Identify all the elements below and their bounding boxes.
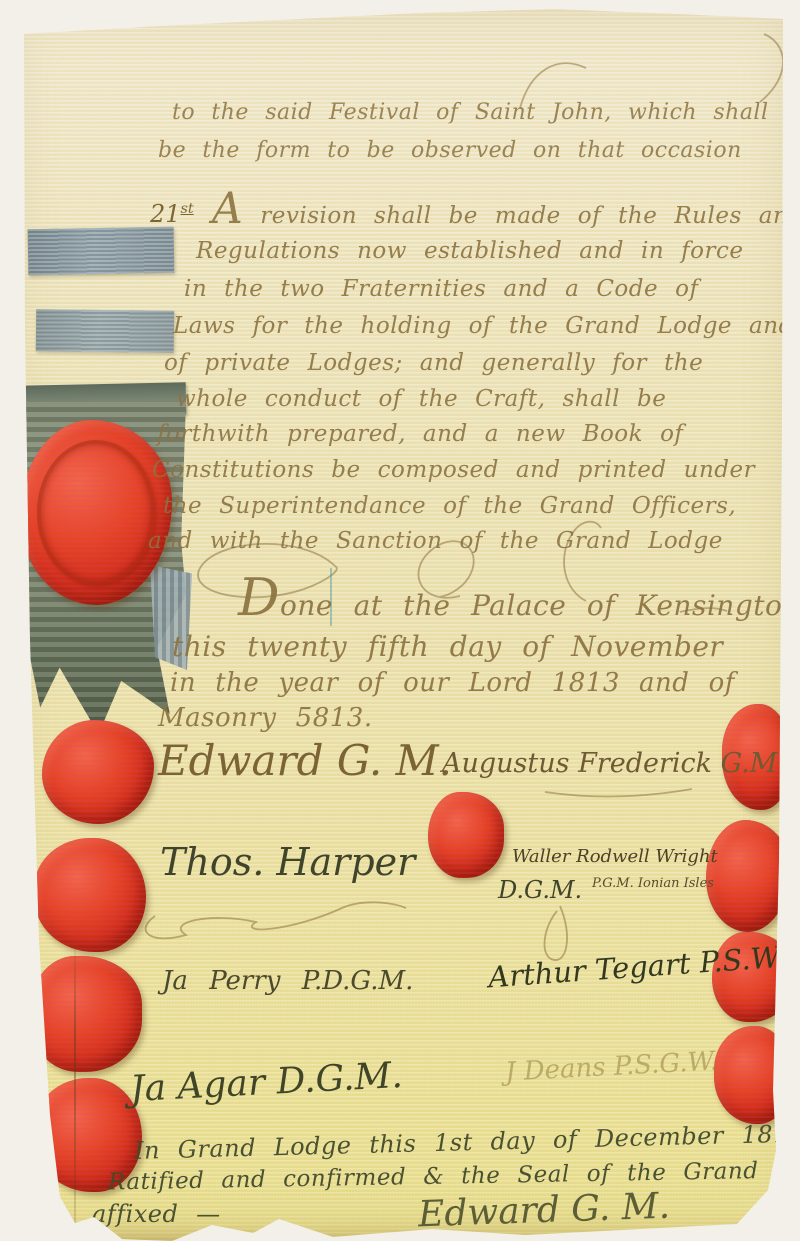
signature-name: Arthur Tegart bbox=[487, 946, 691, 994]
signature-name: Waller Rodwell Wright bbox=[512, 846, 718, 867]
manuscript-line: in the two Fraternities and a Code of bbox=[184, 276, 699, 302]
wax-seal-centre bbox=[428, 792, 504, 878]
article-number-value: 21 bbox=[150, 200, 181, 228]
signature-title: G.M. bbox=[721, 748, 786, 779]
parchment-sheet: to the said Festival of Saint John, whic… bbox=[0, 0, 800, 1241]
signature-title: D.G.M. bbox=[498, 876, 582, 904]
signature-title: P.S.G.W. bbox=[613, 1046, 719, 1081]
signature-name: Edward G. M. bbox=[417, 1186, 670, 1236]
article-number-suffix: st bbox=[181, 201, 194, 217]
signature-harper-title: D.G.M. bbox=[498, 876, 582, 904]
ratification-line: affixed — bbox=[92, 1200, 221, 1228]
scan-background: to the said Festival of Saint John, whic… bbox=[0, 0, 800, 1241]
ribbon-strip-lower bbox=[36, 309, 174, 352]
signature-augustus-frederick: Augustus Frederick G.M. bbox=[442, 748, 786, 779]
manuscript-line: Regulations now established and in force bbox=[196, 238, 744, 264]
signature-title: D.G.M. bbox=[275, 1055, 403, 1103]
signature-title: P.S.W. bbox=[698, 940, 785, 980]
signature-thos-harper: Thos. Harper bbox=[160, 840, 415, 884]
signature-edward-ratification: Edward G. M. bbox=[417, 1186, 670, 1236]
ribbon-strip-upper bbox=[28, 227, 175, 276]
signature-name: J Deans bbox=[504, 1052, 606, 1087]
manuscript-line: whole conduct of the Craft, shall be bbox=[176, 386, 666, 412]
manuscript-line: A revision shall be made of the Rules an… bbox=[212, 198, 800, 229]
signature-name: Edward bbox=[158, 736, 324, 785]
manuscript-line: Constitutions be composed and printed un… bbox=[152, 457, 755, 483]
manuscript-line: the Superintendance of the Grand Officer… bbox=[163, 493, 736, 519]
signature-ja-agar: Ja Agar D.G.M. bbox=[129, 1055, 404, 1110]
manuscript-line: to the said Festival of Saint John, whic… bbox=[172, 100, 769, 125]
attestation-line: in the year of our Lord 1813 and of bbox=[170, 668, 735, 698]
manuscript-line: be the form to be observed on that occas… bbox=[158, 138, 742, 163]
paper-crease bbox=[74, 935, 76, 1230]
manuscript-line: Laws for the holding of the Grand Lodge … bbox=[173, 313, 794, 339]
signature-title: G. M. bbox=[337, 736, 452, 785]
wax-seal-left-3 bbox=[28, 956, 142, 1072]
attestation-line: this twenty fifth day of November bbox=[172, 630, 723, 663]
signature-ja-perry: Ja Perry P.D.G.M. bbox=[162, 966, 413, 996]
signature-waller-rodwell-wright: Waller Rodwell Wright bbox=[512, 846, 718, 867]
signature-name: Augustus Frederick bbox=[442, 748, 712, 779]
signature-wright-title: P.G.M. Ionian Isles bbox=[592, 876, 714, 891]
signature-name: Thos. Harper bbox=[160, 840, 415, 884]
signature-name: Ja Perry bbox=[162, 966, 280, 996]
signature-j-deans: J Deans P.S.G.W. bbox=[504, 1046, 718, 1087]
wax-seal-left-2 bbox=[34, 838, 146, 952]
signature-title: P.D.G.M. bbox=[302, 966, 414, 996]
signature-edward-gm: Edward G. M. bbox=[158, 736, 452, 785]
signature-title: P.G.M. Ionian Isles bbox=[592, 876, 714, 891]
wax-seal-right-4 bbox=[714, 1026, 792, 1124]
manuscript-line: and with the Sanction of the Grand Lodge bbox=[148, 528, 723, 554]
manuscript-line: forthwith prepared, and a new Book of bbox=[157, 421, 683, 447]
wax-seal-right-2 bbox=[706, 820, 790, 932]
signature-name: Ja Agar bbox=[129, 1062, 266, 1110]
article-number: 21st bbox=[150, 200, 194, 228]
wax-seal-left-1 bbox=[42, 720, 154, 824]
ratification-line: In Grand Lodge this 1st day of December … bbox=[134, 1119, 800, 1165]
attestation-line: Done at the Palace of Kensington bbox=[238, 584, 800, 622]
attestation-line: Masonry 5813. bbox=[158, 703, 373, 733]
manuscript-line: of private Lodges; and generally for the bbox=[164, 350, 703, 376]
